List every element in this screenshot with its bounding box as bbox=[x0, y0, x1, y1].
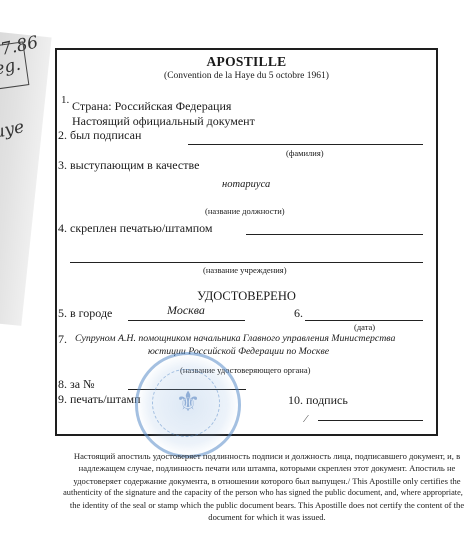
disclaimer-line: надлежащем случае, подлинность печати ил… bbox=[60, 462, 474, 474]
item3-capacity-label: 3. выступающим в качестве bbox=[58, 158, 199, 173]
certified-heading: УДОСТОВЕРЕНО bbox=[55, 289, 438, 304]
double-headed-eagle-icon: ⚜ bbox=[171, 385, 205, 421]
disclaimer-line: authenticity of the signature and the ca… bbox=[52, 487, 474, 499]
item1-document-line: Настоящий официальный документ bbox=[72, 114, 255, 129]
item9-seal-label: 9. печать/штамп bbox=[58, 392, 141, 407]
item8-number-label: 8. за № bbox=[58, 377, 95, 392]
item6-date-field[interactable] bbox=[305, 320, 423, 321]
item2-signed-by-label: 2. был подписан bbox=[58, 128, 141, 143]
item10-signature-field[interactable] bbox=[318, 420, 423, 421]
disclaimer-line: Настоящий апостиль удостоверяет подлинно… bbox=[60, 450, 474, 462]
item6-label: 6. bbox=[294, 306, 303, 321]
item3-capacity-value: нотариуса bbox=[222, 179, 270, 190]
apostille-disclaimer: Настоящий апостиль удостоверяет подлинно… bbox=[60, 450, 474, 524]
handwriting: ouye bbox=[0, 117, 26, 145]
underlying-document-strip: 7.86 eg. ouye eu ma bbox=[0, 30, 52, 326]
item2-caption: (фамилия) bbox=[286, 148, 324, 158]
item1-number: 1. bbox=[61, 94, 69, 106]
item4-institution-field[interactable] bbox=[70, 262, 423, 263]
item7-number: 7. bbox=[58, 332, 67, 347]
disclaimer-line: the identity of the seal or stamp which … bbox=[60, 499, 474, 511]
item4-caption: (название учреждения) bbox=[203, 265, 287, 275]
apostille-title: APOSTILLE bbox=[55, 54, 438, 70]
item1-country: Страна: Российская Федерация bbox=[72, 99, 231, 114]
item4-seal-label: 4. скреплен печатью/штампом bbox=[58, 221, 213, 236]
item3-caption: (название должности) bbox=[205, 206, 285, 216]
item10-signature-label: 10. подпись bbox=[288, 393, 348, 408]
item5-city-label: 5. в городе bbox=[58, 306, 112, 321]
item4-seal-field[interactable] bbox=[246, 234, 423, 235]
handwriting: eu bbox=[0, 148, 1, 172]
item7-authority-line1: Супруном А.Н. помощником начальника Глав… bbox=[75, 333, 395, 344]
item5-city-field[interactable] bbox=[128, 320, 245, 321]
disclaimer-line: document for which it was issued. bbox=[60, 511, 474, 523]
disclaimer-line: удостоверяет содержание документа, в отн… bbox=[60, 475, 474, 487]
signature-mark: ⁄ bbox=[305, 413, 307, 425]
item2-signed-by-field[interactable] bbox=[188, 144, 423, 145]
apostille-subtitle: (Convention de la Haye du 5 octobre 1961… bbox=[55, 71, 438, 81]
item5-city-value: Москва bbox=[167, 303, 205, 318]
official-stamp: ⚜ bbox=[135, 352, 241, 458]
item6-caption: (дата) bbox=[354, 322, 375, 332]
